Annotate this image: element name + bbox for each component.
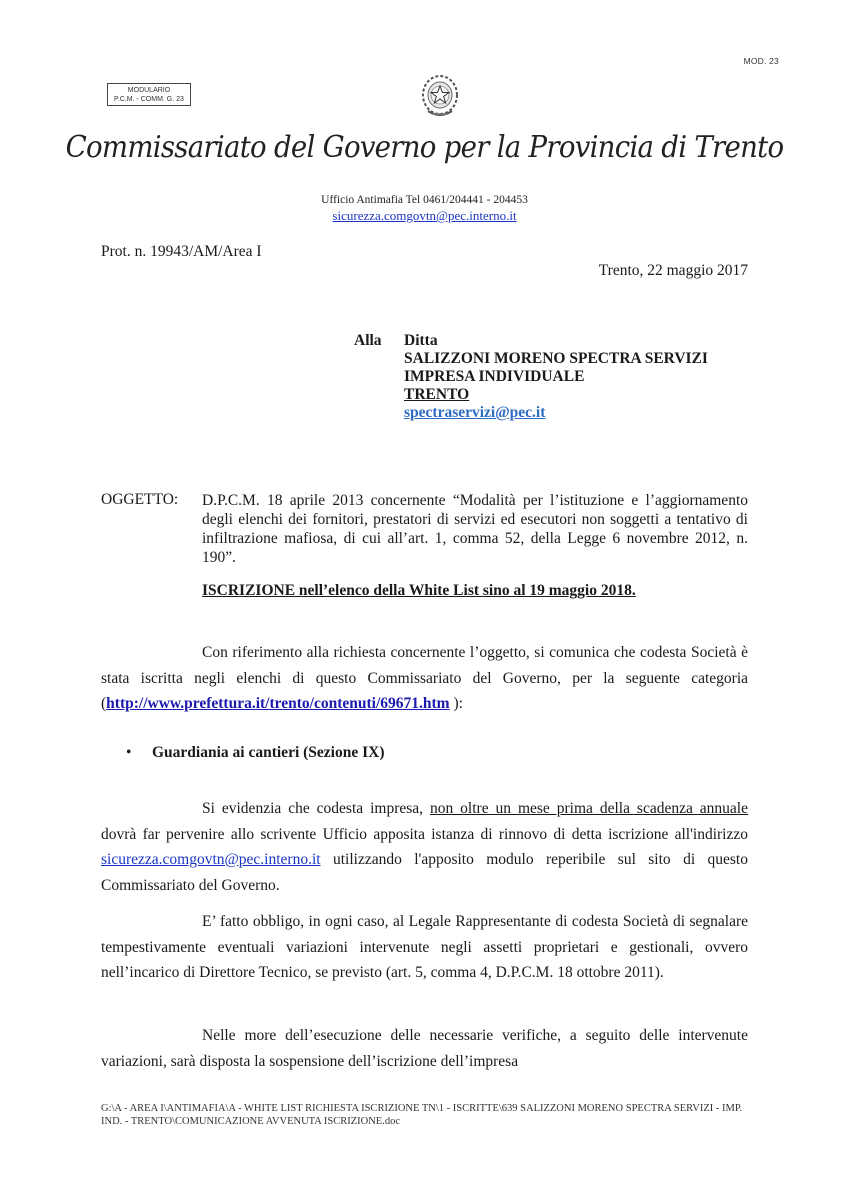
subject-headline: ISCRIZIONE nell’elenco della White List … bbox=[202, 582, 636, 600]
bullet-icon: • bbox=[126, 744, 152, 762]
paragraph-suspension: Nelle more dell’esecuzione delle necessa… bbox=[101, 1023, 748, 1074]
italian-republic-emblem-icon bbox=[420, 73, 460, 121]
subject-label: OGGETTO: bbox=[101, 491, 178, 509]
category-text: Guardiania ai cantieri (Sezione IX) bbox=[152, 744, 385, 761]
recipient-email-link[interactable]: spectraservizi@pec.it bbox=[404, 404, 545, 421]
office-email-row: sicurezza.comgovtn@pec.interno.it bbox=[0, 208, 849, 224]
recipient-block: Ditta SALIZZONI MORENO SPECTRA SERVIZI I… bbox=[404, 332, 708, 422]
recipient-line1: Ditta bbox=[404, 332, 708, 350]
p2-start: Si evidenzia che codesta impresa, bbox=[202, 800, 430, 817]
recipient-city: TRENTO bbox=[404, 386, 708, 404]
p3-text: E’ fatto obbligo, in ogni caso, al Legal… bbox=[101, 913, 748, 981]
protocol-number: Prot. n. 19943/AM/Area I bbox=[101, 243, 262, 261]
office-info: Ufficio Antimafia Tel 0461/204441 - 2044… bbox=[0, 194, 849, 206]
recipient-prefix: Alla bbox=[354, 332, 382, 350]
subject-text: D.P.C.M. 18 aprile 2013 concernente “Mod… bbox=[202, 491, 748, 567]
p2-mid: dovrà far pervenire allo scrivente Uffic… bbox=[101, 826, 748, 843]
p4-text: Nelle more dell’esecuzione delle necessa… bbox=[101, 1027, 748, 1070]
form-code: MOD. 23 bbox=[744, 56, 779, 66]
modulario-box: MODULARIO P.C.M. - COMM. G. 23 bbox=[107, 83, 191, 106]
recipient-line3: IMPRESA INDIVIDUALE bbox=[404, 368, 708, 386]
p1-end: ): bbox=[450, 695, 463, 712]
p2-deadline: non oltre un mese prima della scadenza a… bbox=[430, 800, 748, 817]
letterhead-title: Commissariato del Governo per la Provinc… bbox=[34, 130, 815, 165]
letter-date: Trento, 22 maggio 2017 bbox=[599, 262, 748, 280]
category-bullet: •Guardiania ai cantieri (Sezione IX) bbox=[126, 744, 385, 762]
footer-file-path: G:\A - AREA I\ANTIMAFIA\A - WHITE LIST R… bbox=[101, 1102, 761, 1128]
office-email-link[interactable]: sicurezza.comgovtn@pec.interno.it bbox=[332, 208, 516, 223]
prefettura-link[interactable]: http://www.prefettura.it/trento/contenut… bbox=[106, 695, 449, 712]
paragraph-renewal: Si evidenzia che codesta impresa, non ol… bbox=[101, 796, 748, 898]
modulario-line2: P.C.M. - COMM. G. 23 bbox=[108, 95, 190, 104]
modulario-line1: MODULARIO bbox=[108, 86, 190, 95]
renewal-email-link[interactable]: sicurezza.comgovtn@pec.interno.it bbox=[101, 851, 321, 868]
recipient-line2: SALIZZONI MORENO SPECTRA SERVIZI bbox=[404, 350, 708, 368]
paragraph-obligation: E’ fatto obbligo, in ogni caso, al Legal… bbox=[101, 909, 748, 986]
paragraph-registration: Con riferimento alla richiesta concernen… bbox=[101, 640, 748, 717]
